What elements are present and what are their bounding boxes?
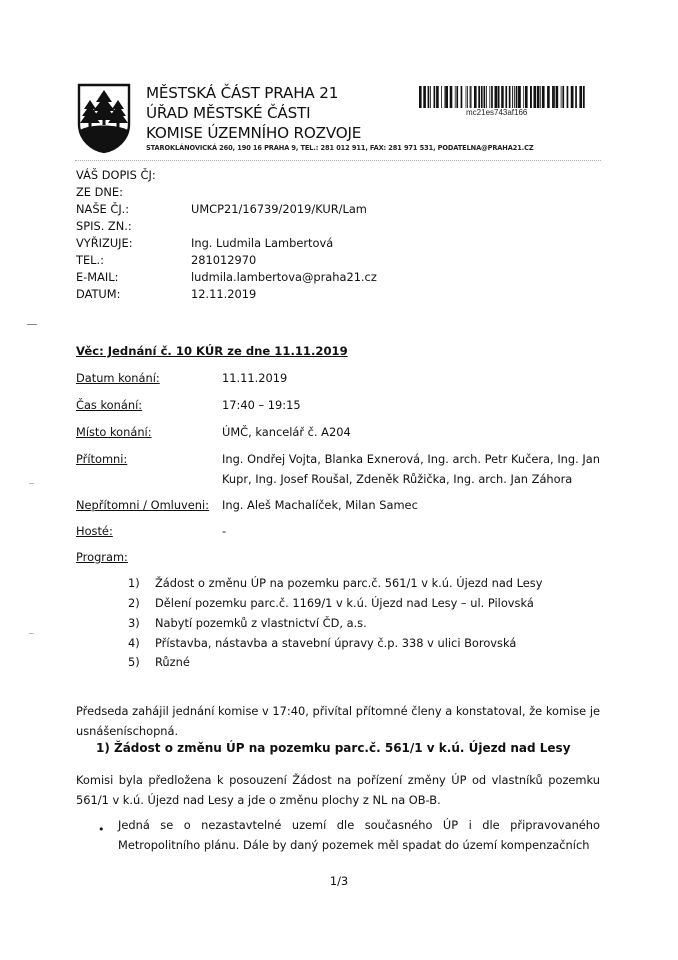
subject-heading: Věc: Jednání č. 10 KÚR ze dne 11.11.2019 bbox=[76, 344, 348, 358]
program-item: Žádost o změnu ÚP na pozemku parc.č. 561… bbox=[155, 576, 543, 590]
meta-label: DATUM: bbox=[76, 287, 120, 301]
letterhead-line-1: MĚSTSKÁ ČÁST PRAHA 21 bbox=[146, 84, 338, 102]
time-label: Čas konání: bbox=[76, 398, 142, 412]
barcode bbox=[419, 86, 589, 108]
place-label: Místo konání: bbox=[76, 425, 152, 439]
present-label: Přítomni: bbox=[76, 452, 127, 466]
date-value: 11.11.2019 bbox=[222, 371, 287, 385]
header-divider bbox=[75, 160, 601, 161]
letterhead-line-3: KOMISE ÚZEMNÍHO ROZVOJE bbox=[146, 124, 361, 142]
meta-label: VÁŠ DOPIS ČJ: bbox=[76, 168, 156, 182]
meta-label: ZE DNE: bbox=[76, 185, 123, 199]
absent-label: Nepřítomni / Omluveni: bbox=[76, 498, 209, 512]
absent-value: Ing. Aleš Machalíček, Milan Samec bbox=[222, 498, 418, 512]
opening-paragraph: Předseda zahájil jednání komise v 17:40,… bbox=[76, 701, 600, 741]
present-value: Ing. Ondřej Vojta, Blanka Exnerová, Ing.… bbox=[222, 449, 600, 489]
coat-of-arms-trees-icon bbox=[76, 82, 132, 154]
program-item-number: 2) bbox=[128, 596, 140, 610]
margin-mark bbox=[27, 324, 37, 325]
bullet-icon: • bbox=[98, 823, 105, 836]
program-label: Program: bbox=[76, 550, 128, 564]
program-item: Nabytí pozemků z vlastnictví ČD, a.s. bbox=[155, 616, 367, 630]
letterhead-address: STAROKLÁNOVICKÁ 260, 190 16 PRAHA 9, TEL… bbox=[146, 144, 534, 152]
place-value: ÚMČ, kancelář č. A204 bbox=[222, 425, 351, 439]
program-item: Dělení pozemku parc.č. 1169/1 v k.ú. Úje… bbox=[155, 596, 534, 610]
page-number: 1/3 bbox=[0, 874, 678, 888]
meta-value: UMCP21/16739/2019/KUR/Lam bbox=[191, 202, 367, 216]
section-1-bullet: Jedná se o nezastavtelné uzemí dle souča… bbox=[118, 815, 600, 855]
guests-label: Hosté: bbox=[76, 524, 113, 538]
margin-mark bbox=[29, 633, 34, 634]
program-item: Přístavba, nástavba a stavební úpravy č.… bbox=[155, 636, 516, 650]
date-label: Datum konání: bbox=[76, 371, 160, 385]
meta-label: VYŘIZUJE: bbox=[76, 236, 133, 250]
meta-label: E-MAIL: bbox=[76, 270, 118, 284]
margin-mark bbox=[29, 483, 34, 484]
section-1-heading: 1) Žádost o změnu ÚP na pozemku parc.č. … bbox=[96, 741, 571, 755]
meta-label: NAŠE ČJ.: bbox=[76, 202, 129, 216]
meta-value-email[interactable]: ludmila.lambertova@praha21.cz bbox=[191, 270, 377, 284]
program-item-number: 1) bbox=[128, 576, 140, 590]
barcode-code: mc21es743af166 bbox=[466, 108, 527, 117]
guests-value: - bbox=[222, 524, 226, 538]
program-item: Různé bbox=[155, 655, 190, 669]
program-item-number: 5) bbox=[128, 655, 140, 669]
section-1-paragraph: Komisi byla předložena k posouzení Žádos… bbox=[76, 770, 600, 810]
letterhead-line-2: ÚŘAD MĚSTSKÉ ČÁSTI bbox=[146, 104, 310, 122]
meta-value: Ing. Ludmila Lambertová bbox=[191, 236, 333, 250]
meta-value: 12.11.2019 bbox=[191, 287, 256, 301]
meta-label: SPIS. ZN.: bbox=[76, 219, 132, 233]
program-item-number: 4) bbox=[128, 636, 140, 650]
time-value: 17:40 – 19:15 bbox=[222, 398, 301, 412]
meta-value: 281012970 bbox=[191, 253, 256, 267]
meta-label: TEL.: bbox=[76, 253, 104, 267]
program-item-number: 3) bbox=[128, 616, 140, 630]
